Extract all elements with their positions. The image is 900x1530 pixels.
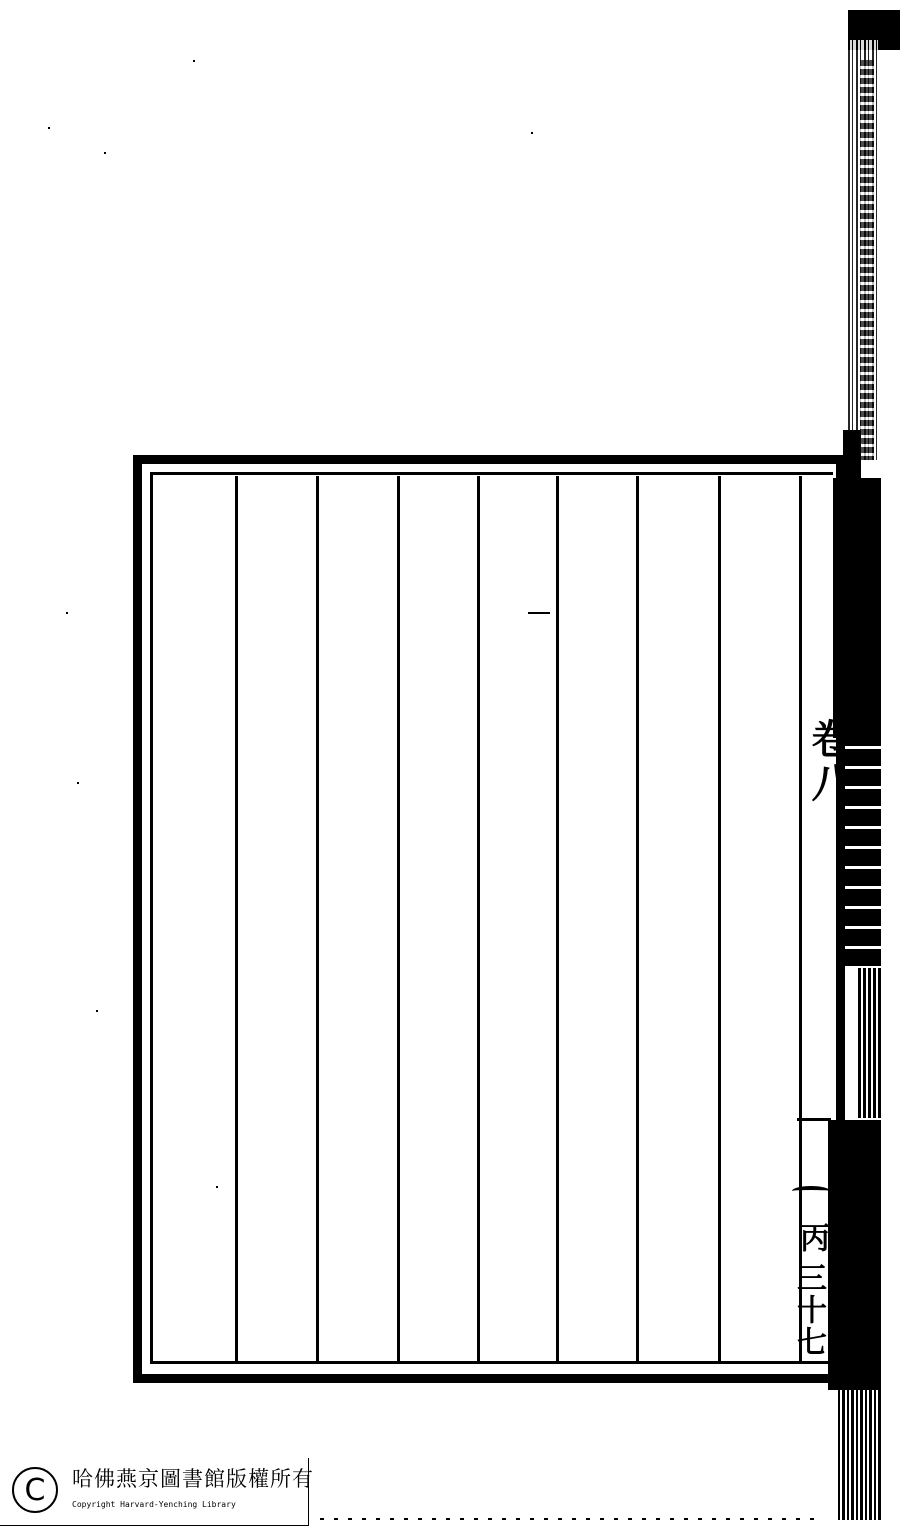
- speck: [66, 612, 68, 614]
- copyright-english-text: Copyright Harvard-Yenching Library: [72, 1500, 236, 1509]
- speck: [531, 132, 533, 134]
- gutter-shadow: [833, 478, 881, 738]
- column-rule: [636, 476, 639, 1364]
- section-label: 丙: [796, 1222, 826, 1252]
- column-rule: [316, 476, 319, 1364]
- volume-label: 卷八: [808, 718, 848, 806]
- column-rule: [718, 476, 721, 1364]
- speck: [104, 152, 106, 154]
- gutter-shadow: [858, 968, 881, 1118]
- scan-noise: [320, 1518, 820, 1520]
- column-rule: [556, 476, 559, 1364]
- speck: [193, 60, 195, 62]
- column-rule: [477, 476, 480, 1364]
- binding-edge-strip: [860, 60, 874, 460]
- copyright-chinese-text: 哈佛燕京圖書館版權所有: [72, 1463, 314, 1493]
- gutter-shadow: [838, 1390, 883, 1520]
- gutter-shadow: [828, 1120, 881, 1390]
- center-column-divider: [797, 1118, 831, 1121]
- speck: [48, 127, 50, 129]
- page-number: 三十七: [793, 1262, 823, 1358]
- column-rule: [397, 476, 400, 1364]
- copyright-icon: C: [12, 1467, 58, 1513]
- column-rule: [235, 476, 238, 1364]
- binding-edge-joint: [843, 430, 861, 480]
- speck: [77, 782, 79, 784]
- fish-tail-mark: [792, 1186, 830, 1196]
- speck: [96, 1010, 98, 1012]
- page-inner-frame: [150, 472, 833, 1364]
